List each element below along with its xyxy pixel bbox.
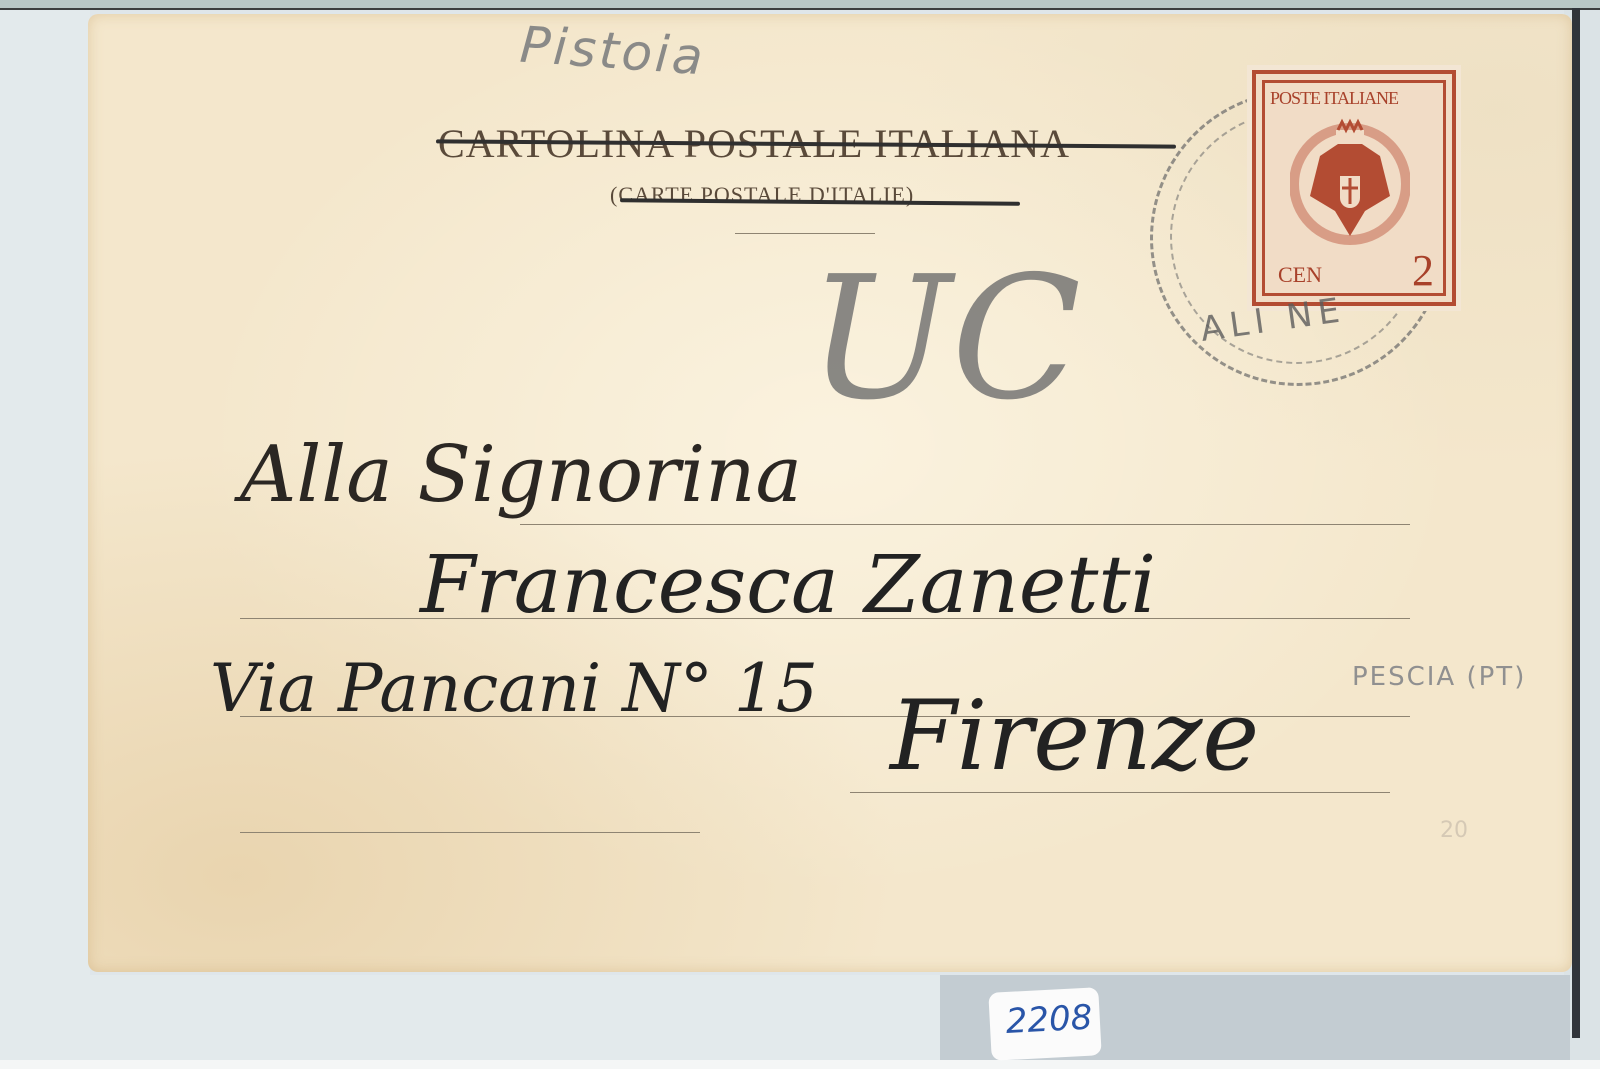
address-line-salutation: Alla Signorina <box>240 430 802 520</box>
mount-background-left <box>0 0 90 1069</box>
address-rule-1 <box>520 524 1410 525</box>
inventory-number: 2208 <box>1005 998 1094 1042</box>
address-line-city: Firenze <box>890 680 1259 792</box>
faint-mark: 20 <box>1440 818 1468 843</box>
album-right-frame <box>1572 8 1580 1038</box>
album-bottom-edge <box>0 1060 1600 1069</box>
address-line-street: Via Pancani N° 15 <box>210 650 818 727</box>
stamp-header-text: POSTE ITALIANE <box>1270 88 1398 109</box>
postage-stamp: POSTE ITALIANE CEN 2 <box>1252 70 1456 306</box>
address-rule-5 <box>240 832 700 833</box>
address-line-recipient: Francesca Zanetti <box>420 538 1156 631</box>
handwritten-initials: UC <box>808 240 1081 438</box>
album-top-edge <box>0 0 1600 10</box>
address-rule-4 <box>850 792 1390 793</box>
stamp-denomination-label: CEN <box>1278 262 1322 288</box>
mount-background-bottom-left <box>0 975 940 1069</box>
stamp-value: 2 <box>1412 245 1434 296</box>
inventory-label: 2208 <box>988 987 1101 1061</box>
pencil-note-pescia: PESCIA (PT) <box>1352 662 1526 692</box>
divider-rule <box>735 233 875 234</box>
eagle-crest-icon <box>1290 116 1410 246</box>
